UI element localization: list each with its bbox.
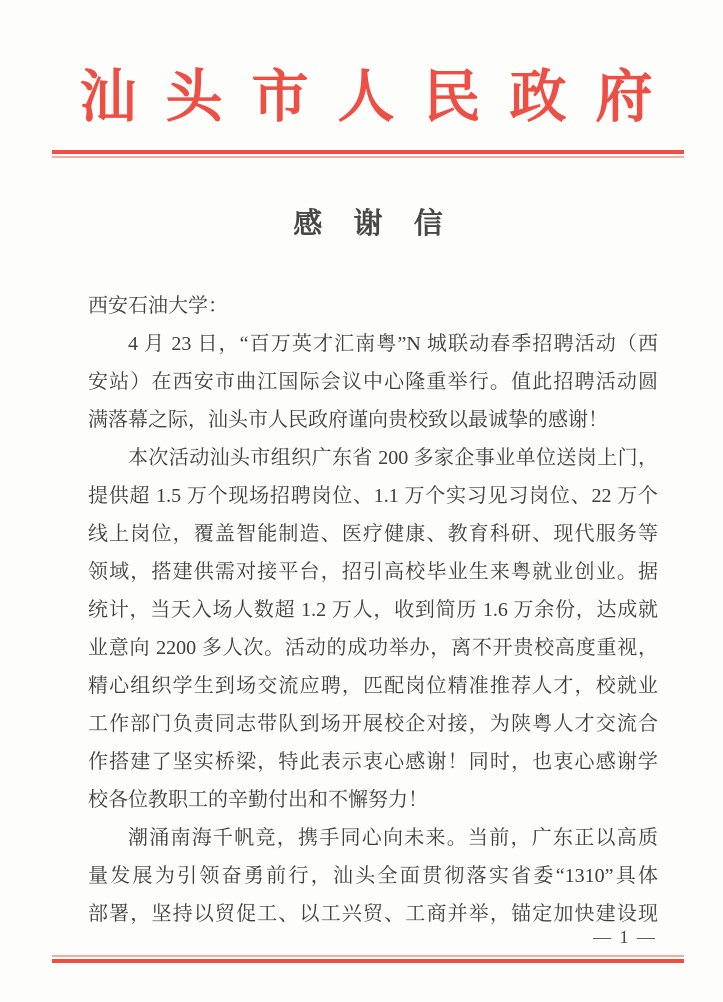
letterhead-org-name: 汕头市人民政府 [0,66,723,130]
body-line: 提供超 1.5 万个现场招聘岗位、1.1 万个实习见习岗位、22 万个 [88,477,658,515]
body-line: 工作部门负责同志带队到场开展校企对接，为陕粤人才交流合 [88,705,658,743]
body-line: 校各位教职工的辛勤付出和不懈努力！ [88,781,658,819]
body-line: 安站）在西安市曲江国际会议中心隆重举行。值此招聘活动圆 [88,363,658,401]
body-line: 潮涌南海千帆竞，携手同心向未来。当前，广东正以高质 [88,819,658,857]
footer-rule [52,955,684,963]
body-line: 业意向 2200 多人次。活动的成功举办，离不开贵校高度重视， [88,629,658,667]
body-line: 统计，当天入场人数超 1.2 万人，收到简历 1.6 万余份，达成就 [88,591,658,629]
body-line: 领域，搭建供需对接平台，招引高校毕业生来粤就业创业。据 [88,553,658,591]
document-title: 感 谢 信 [0,206,723,242]
letterhead-rule-thin [52,156,684,158]
body-line: 部署，坚持以贸促工、以工兴贸、工商并举，锚定加快建设现 [88,895,658,933]
scanned-letter-page: 汕头市人民政府 感 谢 信 西安石油大学： 4 月 23 日，“百万英才汇南粤”… [0,0,723,1002]
body-line: 满落幕之际，汕头市人民政府谨向贵校致以最诚挚的感谢！ [88,401,658,439]
footer-rule-thick [52,959,684,963]
body-line: 本次活动汕头市组织广东省 200 多家企事业单位送岗上门， [88,439,658,477]
page-number: — 1 — [593,925,657,949]
body-line: 作搭建了坚实桥梁，特此表示衷心感谢！同时，也衷心感谢学 [88,743,658,781]
letterhead-rule [52,150,684,158]
salutation-line: 西安石油大学： [88,287,658,325]
body-line: 量发展为引领奋勇前行，汕头全面贯彻落实省委“1310”具体 [88,857,658,895]
letter-body: 西安石油大学： 4 月 23 日，“百万英才汇南粤”N 城联动春季招聘活动（西 … [88,287,658,933]
body-line: 线上岗位，覆盖智能制造、医疗健康、教育科研、现代服务等 [88,515,658,553]
body-line: 精心组织学生到场交流应聘，匹配岗位精准推荐人才，校就业 [88,667,658,705]
body-line: 4 月 23 日，“百万英才汇南粤”N 城联动春季招聘活动（西 [88,325,658,363]
